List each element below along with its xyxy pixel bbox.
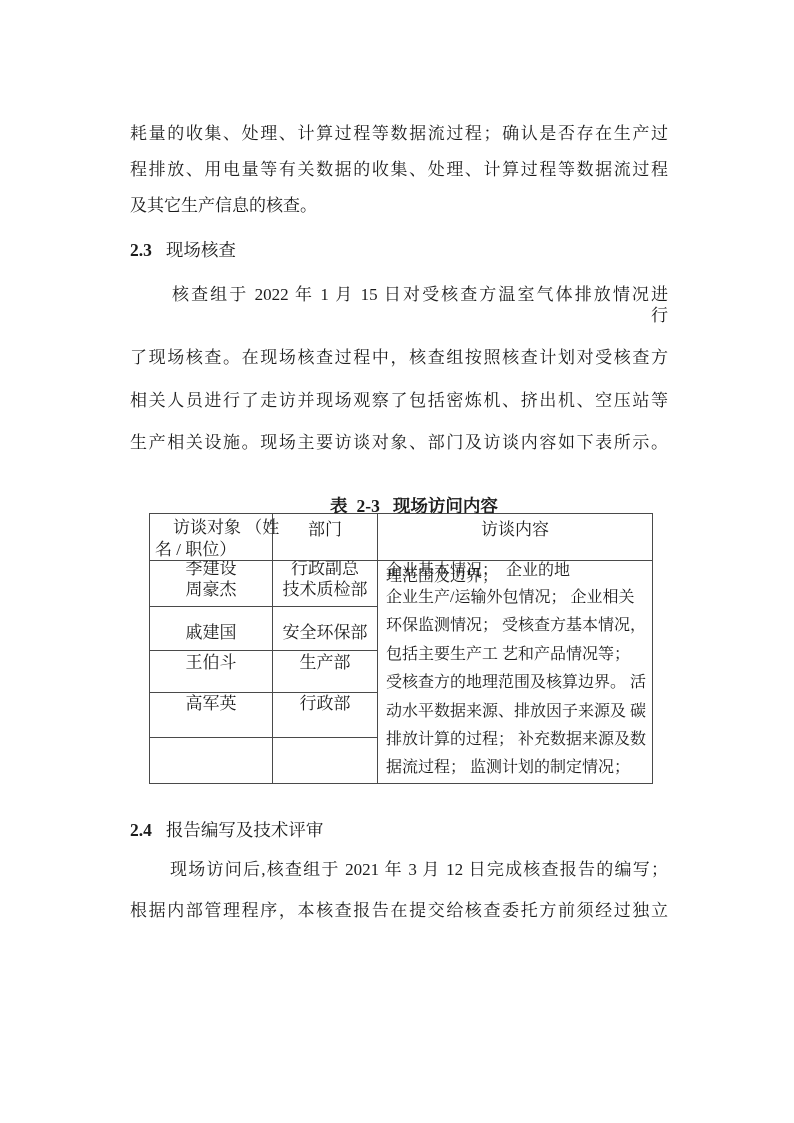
paragraph-line: 及其它生产信息的核查。: [130, 188, 668, 224]
header-interviewee: 访谈对象 （姓 名 / 职位）: [150, 514, 273, 561]
carry-over-character-line: 行: [130, 305, 668, 327]
cell-name-2: 戚建国: [150, 606, 273, 650]
paragraph-line: 程排放、用电量等有关数据的收集、处理、计算过程等数据流过程: [130, 152, 668, 188]
content-overlap-line-b: 理范围及边界；: [386, 567, 498, 586]
interview-table: 访谈对象 （姓 名 / 职位） 部门 访谈内容 李建设 周豪杰 行政副总 技术质…: [149, 513, 653, 784]
section-2-3-heading: 2.3现场核查: [130, 239, 236, 261]
paragraph-site-visit-rest: 了现场核查。在现场核查过程中，核查组按照核查计划对受核查方 相关人员进行了走访并…: [130, 337, 668, 465]
section-number: 2.4: [130, 820, 152, 840]
cell-dept-4: 行政部: [273, 693, 378, 738]
header-department: 部门: [273, 514, 378, 561]
section-title: 现场核查: [166, 240, 236, 260]
table-header-row: 访谈对象 （姓 名 / 职位） 部门 访谈内容: [150, 514, 653, 561]
cell-dept-5: [273, 738, 378, 784]
paragraph-line: 相关人员进行了走访并现场观察了包括密炼机、挤出机、空压站等: [130, 380, 668, 423]
cell-name-1: 李建设 周豪杰: [150, 561, 273, 607]
paragraph-line: 耗量的收集、处理、计算过程等数据流过程；确认是否存在生产过: [130, 116, 668, 152]
section-number: 2.3: [130, 240, 152, 260]
paragraph-line: 根据内部管理程序，本核查报告在提交给核查委托方前须经过独立: [130, 891, 668, 932]
table-row: 李建设 周豪杰 行政副总 技术质检部 企业基本情况； 企业的地 理范围及边界； …: [150, 561, 653, 607]
paragraph-line: 现场访问后,核查组于 2021 年 3 月 12 日完成核查报告的编写；: [130, 850, 668, 891]
paragraph-line: 生产相关设施。现场主要访谈对象、部门及访谈内容如下表所示。: [130, 422, 668, 465]
interview-content-cell: 企业基本情况； 企业的地 理范围及边界； 企业生产/运输外包情况； 企业相关 环…: [378, 561, 653, 784]
paragraph-dataflow-check: 耗量的收集、处理、计算过程等数据流过程；确认是否存在生产过 程排放、用电量等有关…: [130, 116, 668, 224]
paragraph-line: 了现场核查。在现场核查过程中，核查组按照核查计划对受核查方: [130, 337, 668, 380]
cell-name-3: 王伯斗: [150, 650, 273, 693]
section-2-4-heading: 2.4报告编写及技术评审: [130, 819, 323, 841]
cell-dept-2: 安全环保部: [273, 606, 378, 650]
document-page: 耗量的收集、处理、计算过程等数据流过程；确认是否存在生产过 程排放、用电量等有关…: [0, 0, 794, 1123]
section-title: 报告编写及技术评审: [166, 820, 324, 840]
cell-dept-3: 生产部: [273, 650, 378, 693]
paragraph-report-writing: 现场访问后,核查组于 2021 年 3 月 12 日完成核查报告的编写； 根据内…: [130, 850, 668, 931]
content-lines: 企业生产/运输外包情况； 企业相关 环保监测情况； 受核查方基本情况， 包括主要…: [378, 584, 652, 783]
cell-name-5: [150, 738, 273, 784]
header-interview-content: 访谈内容: [378, 514, 653, 561]
cell-dept-1: 行政副总 技术质检部: [273, 561, 378, 607]
cell-name-4: 高军英: [150, 693, 273, 738]
